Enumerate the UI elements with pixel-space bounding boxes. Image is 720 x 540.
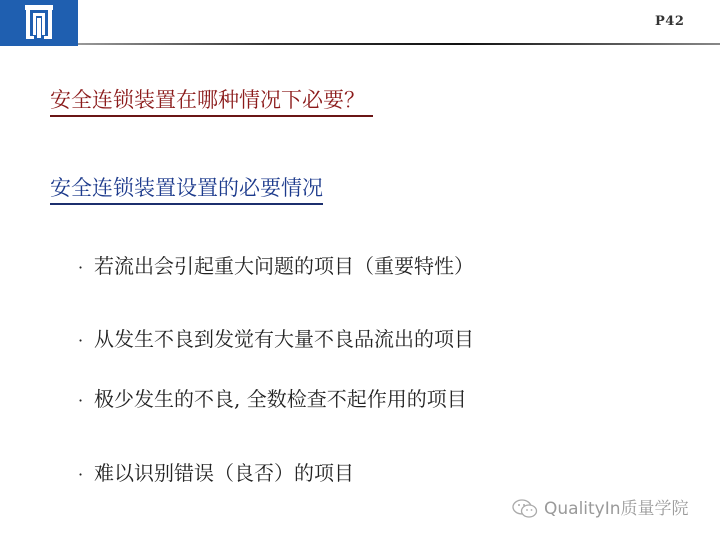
question-title: 安全连锁装置在哪种情况下必要？ xyxy=(50,84,373,117)
bullet-text: 若流出会引起重大问题的项目（重要特性） xyxy=(94,254,474,278)
bullet-text: 从发生不良到发觉有大量不良品流出的项目 xyxy=(94,327,474,351)
bullet-item: ·难以识别错误（良否）的项目 xyxy=(78,457,354,486)
wechat-icon xyxy=(512,498,538,520)
section-subtitle: 安全连锁装置设置的必要情况 xyxy=(50,172,323,205)
header-divider xyxy=(78,43,720,45)
logo-box xyxy=(0,0,78,46)
bullet-marker: · xyxy=(78,258,94,277)
bullet-text: 难以识别错误（良否）的项目 xyxy=(94,461,354,485)
watermark-text: QualityIn质量学院 xyxy=(544,499,689,519)
bullet-item: ·极少发生的不良, 全数检查不起作用的项目 xyxy=(78,383,467,412)
bullet-item: ·从发生不良到发觉有大量不良品流出的项目 xyxy=(78,323,474,352)
page-number: P42 xyxy=(655,14,684,29)
bullet-text: 极少发生的不良, 全数检查不起作用的项目 xyxy=(94,387,467,411)
bullet-marker: · xyxy=(78,331,94,350)
watermark: QualityIn质量学院 xyxy=(512,494,689,520)
building-pillar-logo-icon xyxy=(24,4,54,40)
bullet-marker: · xyxy=(78,465,94,484)
bullet-item: ·若流出会引起重大问题的项目（重要特性） xyxy=(78,250,474,279)
bullet-marker: · xyxy=(78,391,94,410)
